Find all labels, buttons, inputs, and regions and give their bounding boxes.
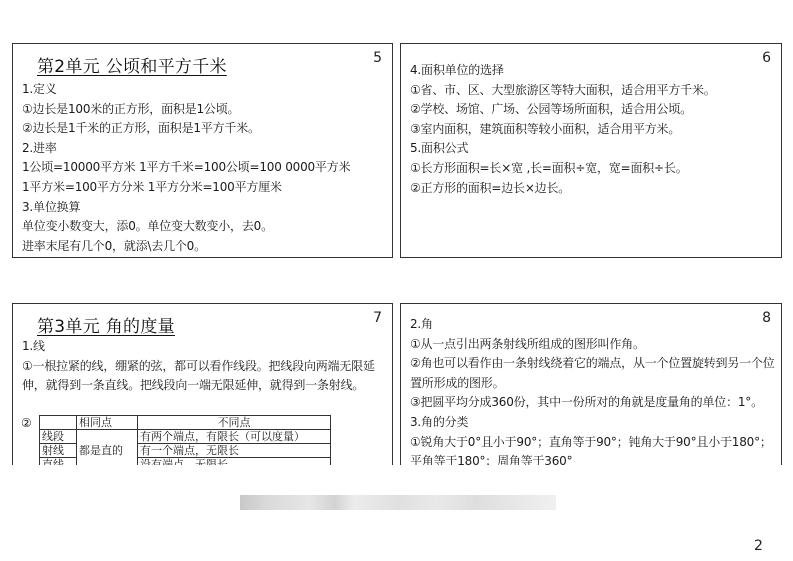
text-line: ②边长是1千米的正方形，面积是1平方千米。	[22, 119, 350, 139]
text-line: ②角也可以看作由一条射线绕着它的端点，从一个位置旋转到另一个位置所形成的图形。	[410, 354, 782, 393]
text-line: ①边长是100米的正方形，面积是1公顷。	[22, 100, 350, 120]
table-header-row: 相同点 不同点	[40, 416, 331, 430]
slide-content: 1.定义 ①边长是100米的正方形，面积是1公顷。 ②边长是1千米的正方形，面积…	[22, 80, 350, 256]
slide-number: 7	[373, 310, 382, 326]
section-heading: 2.进率	[22, 139, 350, 159]
section-heading: 1.线	[22, 337, 388, 357]
line-comparison-table: 相同点 不同点 线段 都是直的 有两个端点，有限长（可以度量） 射线 有一个端点…	[39, 415, 331, 465]
section-heading: 3.角的分类	[410, 413, 782, 433]
table-header-cell	[40, 416, 77, 430]
table-cell: 有两个端点，有限长（可以度量）	[138, 430, 331, 444]
blurred-watermark-bar	[240, 495, 556, 510]
table-cell: 有一个端点，无限长	[138, 444, 331, 458]
text-line: ①从一点引出两条射线所组成的图形叫作角。	[410, 335, 782, 355]
text-line: ①长方形面积=长×宽 ,长=面积÷宽，宽=面积÷长。	[410, 159, 716, 179]
slide-5: 5 第2单元 公顷和平方千米 1.定义 ①边长是100米的正方形，面积是1公顷。…	[12, 43, 393, 258]
item-marker: ②	[21, 415, 39, 430]
section-heading: 2.角	[410, 315, 782, 335]
text-line: ①一根拉紧的线，绷紧的弦，都可以看作线段。把线段向两端无限延伸，就得到一条直线。…	[22, 357, 388, 396]
slide-6: 6 4.面积单位的选择 ①省、市、区、大型旅游区等特大面积，适合用平方千米。 ②…	[400, 43, 782, 258]
table-row: 线段 都是直的 有两个端点，有限长（可以度量）	[40, 430, 331, 444]
slide-8: 8 2.角 ①从一点引出两条射线所组成的图形叫作角。 ②角也可以看作由一条射线绕…	[400, 303, 782, 465]
table-header-cell: 相同点	[77, 416, 138, 430]
slide-content: 1.线 ①一根拉紧的线，绷紧的弦，都可以看作线段。把线段向两端无限延伸，就得到一…	[22, 337, 388, 396]
text-line: 单位变小数变大，添0。单位变大数变小，去0。	[22, 217, 350, 237]
text-line: ②学校、场馆、广场、公园等场所面积，适合用公顷。	[410, 100, 716, 120]
section-heading: 5.面积公式	[410, 139, 716, 159]
slide-content: 4.面积单位的选择 ①省、市、区、大型旅游区等特大面积，适合用平方千米。 ②学校…	[410, 61, 716, 198]
slide-content: 2.角 ①从一点引出两条射线所组成的图形叫作角。 ②角也可以看作由一条射线绕着它…	[410, 315, 782, 465]
text-line: 进率末尾有几个0，就添\去几个0。	[22, 237, 350, 257]
text-line: ①锐角大于0°且小于90°；直角等于90°；钝角大于90°且小于180°；平角等…	[410, 433, 782, 465]
text-line: 1公顷=10000平方米 1平方千米=100公顷=100 0000平方米	[22, 158, 350, 178]
text-line: 1平方米=100平方分米 1平方分米=100平方厘米	[22, 178, 350, 198]
table-cell-shared: 都是直的	[77, 430, 138, 466]
section-heading: 1.定义	[22, 80, 350, 100]
text-line: ②正方形的面积=边长×边长。	[410, 179, 716, 199]
unit-title: 第2单元 公顷和平方千米	[37, 52, 227, 77]
text-line: ③把圆平均分成360份，其中一份所对的角就是度量角的单位：1°。	[410, 393, 782, 413]
comparison-table-wrap: ② 相同点 不同点 线段 都是直的 有两个端点，有限长（可以度量） 射线 有一个…	[21, 415, 331, 465]
unit-title: 第3单元 角的度量	[37, 312, 175, 337]
table-header-cell: 不同点	[138, 416, 331, 430]
slide-number: 5	[373, 50, 382, 66]
text-line: ①省、市、区、大型旅游区等特大面积，适合用平方千米。	[410, 81, 716, 101]
section-heading: 3.单位换算	[22, 198, 350, 218]
table-cell: 线段	[40, 430, 77, 444]
table-cell: 直线	[40, 458, 77, 466]
text-line: ③室内面积，建筑面积等较小面积，适合用平方米。	[410, 120, 716, 140]
table-cell: 没有端点，无限长	[138, 458, 331, 466]
slide-number: 6	[762, 50, 771, 66]
section-heading: 4.面积单位的选择	[410, 61, 716, 81]
slide-7: 7 第3单元 角的度量 1.线 ①一根拉紧的线，绷紧的弦，都可以看作线段。把线段…	[12, 303, 393, 465]
page-number: 2	[754, 538, 763, 554]
table-cell: 射线	[40, 444, 77, 458]
